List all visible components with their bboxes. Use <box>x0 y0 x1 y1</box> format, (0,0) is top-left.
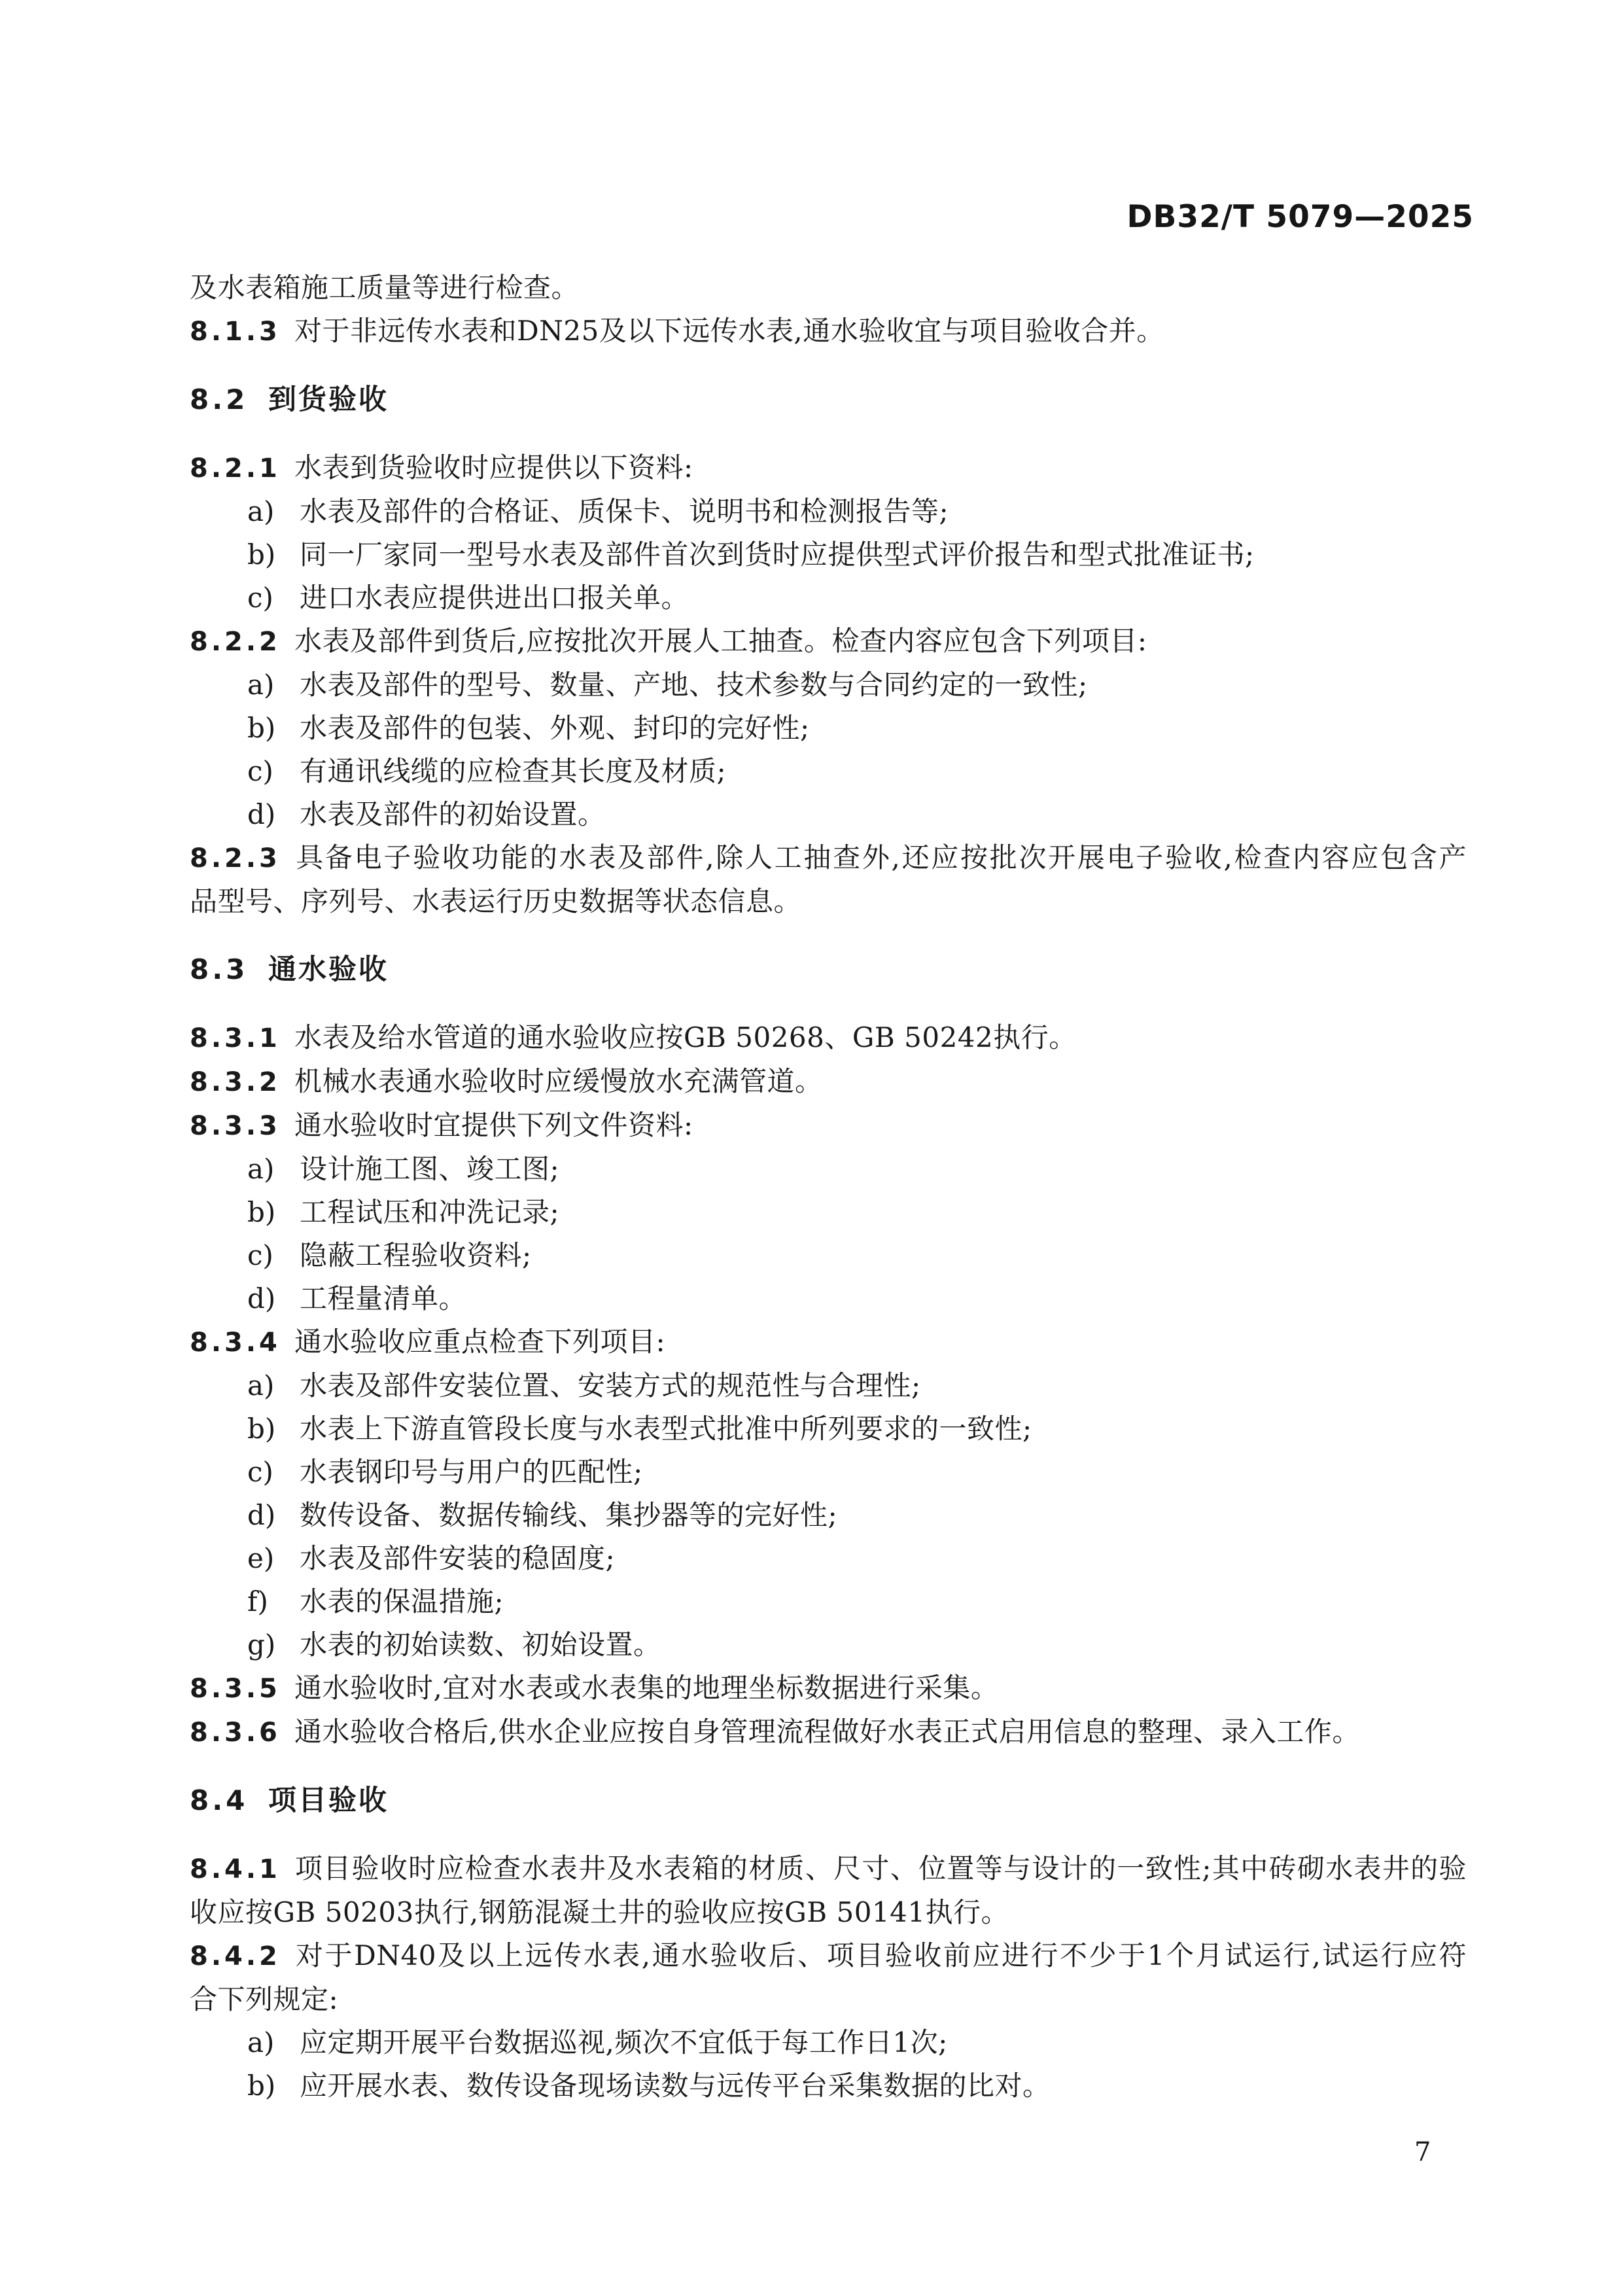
section-heading: 8.2到货验收 <box>190 378 1467 421</box>
list-item-text: 水表及部件的型号、数量、产地、技术参数与合同约定的一致性; <box>300 669 1088 701</box>
clause-paragraph: 8.2.3具备电子验收功能的水表及部件,除人工抽查外,还应按批次开展电子验收,检… <box>190 836 1467 923</box>
list-item-text: 同一厂家同一型号水表及部件首次到货时应提供型式评价报告和型式批准证书; <box>300 539 1255 571</box>
clause-first-line: 8.4.2对于DN40及以上远传水表,通水验收后、项目验收前应进行不少于1个月试… <box>190 1934 1467 1978</box>
clause-paragraph: 8.3.4通水验收应重点检查下列项目: <box>190 1320 1467 1364</box>
list-item-letter: c) <box>247 1451 300 1494</box>
page-number: 7 <box>1414 2137 1431 2167</box>
list-item-letter: a) <box>247 1364 300 1407</box>
list-item: g)水表的初始读数、初始设置。 <box>190 1623 1467 1667</box>
list-item-text: 数传设备、数据传输线、集抄器等的完好性; <box>300 1499 837 1531</box>
list-item: c)水表钢印号与用户的匹配性; <box>190 1451 1467 1494</box>
list-item-text: 水表及部件安装位置、安装方式的规范性与合理性; <box>300 1369 921 1402</box>
list-item: a)水表及部件的合格证、质保卡、说明书和检测报告等; <box>190 490 1467 533</box>
clause-paragraph: 8.3.1水表及给水管道的通水验收应按GB 50268、GB 50242执行。 <box>190 1016 1467 1060</box>
clause-paragraph: 8.1.3对于非远传水表和DN25及以下远传水表,通水验收宜与项目验收合并。 <box>190 309 1467 353</box>
section-title: 到货验收 <box>268 383 389 416</box>
section-title: 项目验收 <box>268 1784 389 1817</box>
clause-text: 品型号、序列号、水表运行历史数据等状态信息。 <box>190 885 801 917</box>
list-item: c)进口水表应提供进出口报关单。 <box>190 576 1467 620</box>
list-item-text: 水表及部件的初始设置。 <box>300 798 606 830</box>
list-item-text: 设计施工图、竣工图; <box>300 1153 559 1185</box>
list-item: b)工程试压和冲洗记录; <box>190 1191 1467 1234</box>
list-item-text: 水表及部件的包装、外观、封印的完好性; <box>300 712 810 744</box>
clause-text: 水表到货验收时应提供以下资料: <box>294 451 693 484</box>
clause-number: 8.2.3 <box>190 837 294 880</box>
list-item: b)应开展水表、数传设备现场读数与远传平台采集数据的比对。 <box>190 2064 1467 2108</box>
list-item-letter: b) <box>247 1407 300 1451</box>
list-item: a)水表及部件安装位置、安装方式的规范性与合理性; <box>190 1364 1467 1407</box>
clause-text: 通水验收应重点检查下列项目: <box>294 1326 665 1358</box>
clause-paragraph: 8.2.1水表到货验收时应提供以下资料: <box>190 446 1467 490</box>
list-item-text: 有通讯线缆的应检查其长度及材质; <box>300 755 726 787</box>
list-item: d)工程量清单。 <box>190 1277 1467 1320</box>
clause-first-line: 8.2.3具备电子验收功能的水表及部件,除人工抽查外,还应按批次开展电子验收,检… <box>190 836 1467 880</box>
clause-paragraph: 8.3.5通水验收时,宜对水表或水表集的地理坐标数据进行采集。 <box>190 1667 1467 1710</box>
section-number: 8.4 <box>190 1779 268 1822</box>
list-item-letter: b) <box>247 533 300 576</box>
standard-number-header: DB32/T 5079—2025 <box>1127 199 1474 235</box>
list-item-text: 水表的初始读数、初始设置。 <box>300 1629 661 1661</box>
clause-text: 机械水表通水验收时应缓慢放水充满管道。 <box>294 1065 823 1097</box>
clause-number: 8.3.6 <box>190 1711 294 1754</box>
list-item-letter: a) <box>247 663 300 707</box>
section-number: 8.3 <box>190 948 268 991</box>
list-item-text: 工程试压和冲洗记录; <box>300 1196 559 1228</box>
clause-text: 通水验收时宜提供下列文件资料: <box>294 1109 693 1141</box>
clause-text: 通水验收时,宜对水表或水表集的地理坐标数据进行采集。 <box>294 1672 998 1704</box>
list-item: b)同一厂家同一型号水表及部件首次到货时应提供型式评价报告和型式批准证书; <box>190 533 1467 576</box>
list-item-letter: d) <box>247 1494 300 1537</box>
clause-number: 8.3.5 <box>190 1667 294 1710</box>
list-item-text: 水表的保温措施; <box>300 1585 504 1617</box>
list-item-text: 应定期开展平台数据巡视,频次不宜低于每工作日1次; <box>300 2026 948 2058</box>
paragraph-continuation: 及水表箱施工质量等进行检查。 <box>190 266 1467 309</box>
list-item-letter: d) <box>247 793 300 836</box>
clause-paragraph: 8.3.6通水验收合格后,供水企业应按自身管理流程做好水表正式启用信息的整理、录… <box>190 1710 1467 1754</box>
clause-text: 合下列规定: <box>190 1983 338 2015</box>
clause-paragraph: 8.2.2水表及部件到货后,应按批次开展人工抽查。检查内容应包含下列项目: <box>190 620 1467 663</box>
clause-paragraph: 8.3.3通水验收时宜提供下列文件资料: <box>190 1104 1467 1148</box>
list-item: d)数传设备、数据传输线、集抄器等的完好性; <box>190 1494 1467 1537</box>
list-item-letter: g) <box>247 1623 300 1667</box>
document-body: 及水表箱施工质量等进行检查。8.1.3对于非远传水表和DN25及以下远传水表,通… <box>190 266 1467 2108</box>
clause-number: 8.4.1 <box>190 1848 294 1891</box>
list-item: f)水表的保温措施; <box>190 1580 1467 1623</box>
document-page: { "header": { "standard_number": "DB32/T… <box>0 0 1623 2296</box>
list-item-text: 工程量清单。 <box>300 1282 466 1315</box>
clause-number: 8.3.1 <box>190 1017 294 1060</box>
section-heading: 8.4项目验收 <box>190 1779 1467 1822</box>
list-item-text: 应开展水表、数传设备现场读数与远传平台采集数据的比对。 <box>300 2070 1051 2102</box>
clause-paragraph: 8.4.2对于DN40及以上远传水表,通水验收后、项目验收前应进行不少于1个月试… <box>190 1934 1467 2021</box>
list-item-text: 水表及部件安装的稳固度; <box>300 1542 615 1574</box>
list-item-text: 隐蔽工程验收资料; <box>300 1239 532 1271</box>
list-item-letter: f) <box>247 1580 300 1623</box>
list-item-letter: a) <box>247 490 300 533</box>
list-item-letter: a) <box>247 1148 300 1191</box>
clause-paragraph: 8.3.2机械水表通水验收时应缓慢放水充满管道。 <box>190 1060 1467 1104</box>
list-item-letter: c) <box>247 1234 300 1277</box>
clause-text: 收应按GB 50203执行,钢筋混凝土井的验收应按GB 50141执行。 <box>190 1896 1009 1928</box>
clause-text: 水表及给水管道的通水验收应按GB 50268、GB 50242执行。 <box>294 1021 1077 1053</box>
clause-number: 8.4.2 <box>190 1935 294 1978</box>
list-item-text: 水表及部件的合格证、质保卡、说明书和检测报告等; <box>300 495 949 527</box>
list-item-letter: e) <box>247 1537 300 1580</box>
list-item-text: 水表钢印号与用户的匹配性; <box>300 1456 643 1488</box>
clause-text: 水表及部件到货后,应按批次开展人工抽查。检查内容应包含下列项目: <box>294 625 1147 657</box>
section-heading: 8.3通水验收 <box>190 948 1467 991</box>
paragraph-text: 及水表箱施工质量等进行检查。 <box>190 272 579 304</box>
list-item-letter: b) <box>247 2064 300 2108</box>
clause-number: 8.1.3 <box>190 310 294 353</box>
list-item-letter: c) <box>247 750 300 793</box>
list-item: a)应定期开展平台数据巡视,频次不宜低于每工作日1次; <box>190 2021 1467 2064</box>
clause-text: 对于DN40及以上远传水表,通水验收后、项目验收前应进行不少于1个月试运行,试运… <box>294 1939 1467 1971</box>
list-item: a)设计施工图、竣工图; <box>190 1148 1467 1191</box>
clause-text: 项目验收时应检查水表井及水表箱的材质、尺寸、位置等与设计的一致性;其中砖砌水表井… <box>294 1852 1467 1884</box>
clause-number: 8.2.1 <box>190 447 294 490</box>
clause-continuation-line: 品型号、序列号、水表运行历史数据等状态信息。 <box>190 880 1467 923</box>
list-item: d)水表及部件的初始设置。 <box>190 793 1467 836</box>
section-number: 8.2 <box>190 378 268 421</box>
list-item-letter: b) <box>247 707 300 750</box>
list-item-letter: b) <box>247 1191 300 1234</box>
list-item: a)水表及部件的型号、数量、产地、技术参数与合同约定的一致性; <box>190 663 1467 707</box>
clause-continuation-line: 合下列规定: <box>190 1978 1467 2021</box>
list-item-text: 水表上下游直管段长度与水表型式批准中所列要求的一致性; <box>300 1413 1032 1445</box>
section-title: 通水验收 <box>268 953 389 986</box>
clause-first-line: 8.4.1项目验收时应检查水表井及水表箱的材质、尺寸、位置等与设计的一致性;其中… <box>190 1847 1467 1891</box>
clause-number: 8.3.4 <box>190 1321 294 1364</box>
clause-text: 对于非远传水表和DN25及以下远传水表,通水验收宜与项目验收合并。 <box>294 315 1164 347</box>
clause-number: 8.3.2 <box>190 1061 294 1104</box>
clause-paragraph: 8.4.1项目验收时应检查水表井及水表箱的材质、尺寸、位置等与设计的一致性;其中… <box>190 1847 1467 1934</box>
clause-continuation-line: 收应按GB 50203执行,钢筋混凝土井的验收应按GB 50141执行。 <box>190 1891 1467 1934</box>
list-item-letter: a) <box>247 2021 300 2064</box>
list-item-letter: d) <box>247 1277 300 1320</box>
clause-number: 8.3.3 <box>190 1104 294 1148</box>
list-item-letter: c) <box>247 576 300 620</box>
list-item: c)有通讯线缆的应检查其长度及材质; <box>190 750 1467 793</box>
list-item: b)水表上下游直管段长度与水表型式批准中所列要求的一致性; <box>190 1407 1467 1451</box>
clause-text: 具备电子验收功能的水表及部件,除人工抽查外,还应按批次开展电子验收,检查内容应包… <box>294 841 1467 874</box>
clause-number: 8.2.2 <box>190 620 294 663</box>
list-item: b)水表及部件的包装、外观、封印的完好性; <box>190 707 1467 750</box>
clause-text: 通水验收合格后,供水企业应按自身管理流程做好水表正式启用信息的整理、录入工作。 <box>294 1716 1360 1748</box>
list-item-text: 进口水表应提供进出口报关单。 <box>300 582 689 614</box>
list-item: e)水表及部件安装的稳固度; <box>190 1537 1467 1580</box>
list-item: c)隐蔽工程验收资料; <box>190 1234 1467 1277</box>
